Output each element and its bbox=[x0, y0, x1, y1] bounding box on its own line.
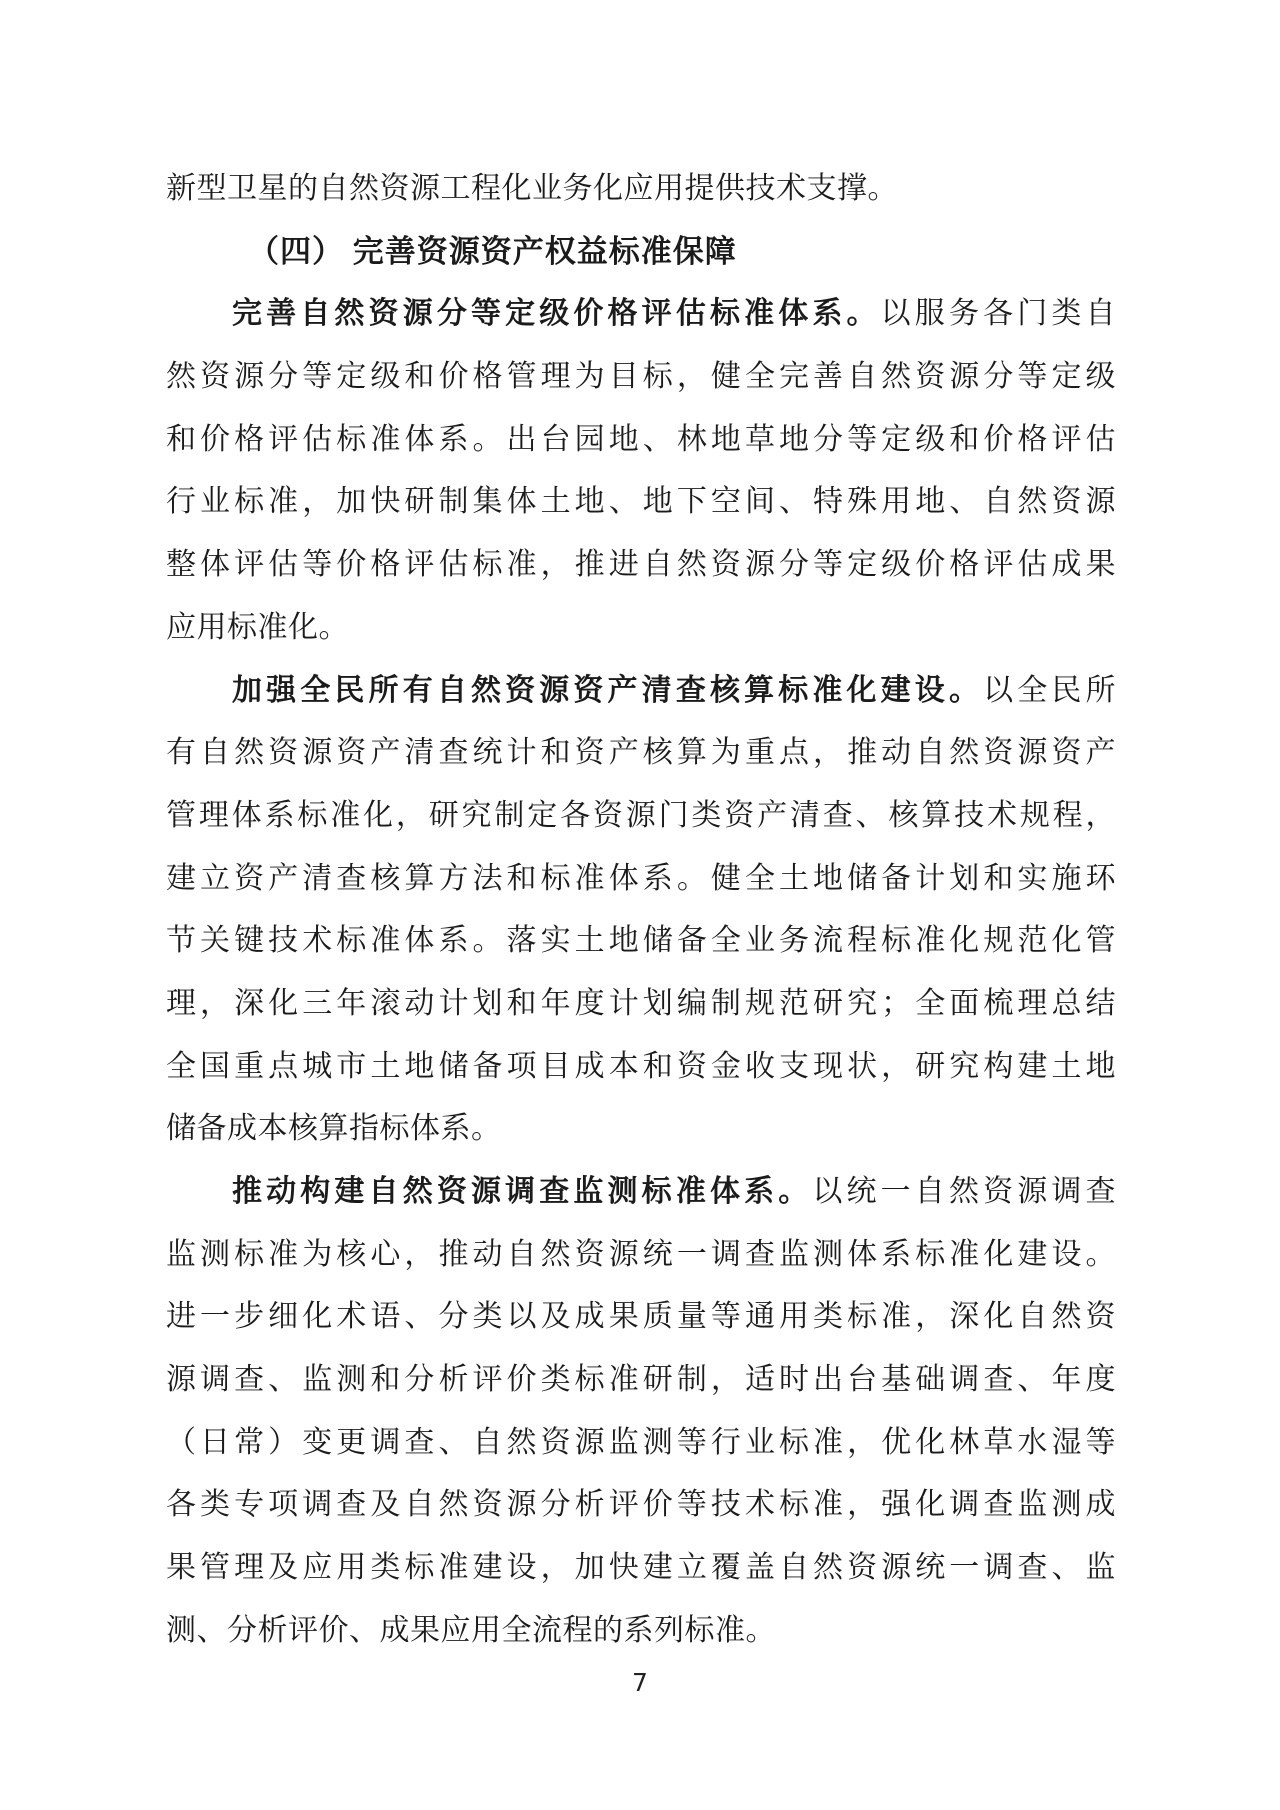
text-line: 理，深化三年滚动计划和年度计划编制规范研究；全面梳理总结 bbox=[166, 973, 1116, 1036]
text-line: 应用标准化。 bbox=[166, 597, 1116, 660]
document-page: 新型卫星的自然资源工程化业务化应用提供技术支撑。（四） 完善资源资产权益标准保障… bbox=[0, 0, 1280, 1810]
text-line: 各类专项调查及自然资源分析评价等技术标准，强化调查监测成 bbox=[166, 1474, 1116, 1537]
bold-lead-sentence: 加强全民所有自然资源资产清查核算标准化建设。 bbox=[232, 674, 983, 707]
text-line: 整体评估等价格评估标准，推进自然资源分等定级价格评估成果 bbox=[166, 534, 1116, 597]
text-line: 行业标准，加快研制集体土地、地下空间、特殊用地、自然资源 bbox=[166, 471, 1116, 534]
bold-lead-sentence: 推动构建自然资源调查监测标准体系。 bbox=[232, 1175, 812, 1208]
text-line: 源调查、监测和分析评价类标准研制，适时出台基础调查、年度 bbox=[166, 1349, 1116, 1412]
text-line: 有自然资源资产清查统计和资产核算为重点，推动自然资源资产 bbox=[166, 722, 1116, 785]
text-line: 测、分析评价、成果应用全流程的系列标准。 bbox=[166, 1600, 1116, 1663]
text-line: 管理体系标准化，研究制定各资源门类资产清查、核算技术规程， bbox=[166, 785, 1116, 848]
text-line: 新型卫星的自然资源工程化业务化应用提供技术支撑。 bbox=[166, 158, 1116, 221]
text-line: 完善自然资源分等定级价格评估标准体系。以服务各门类自 bbox=[166, 283, 1116, 346]
text-line: （日常）变更调查、自然资源监测等行业标准，优化林草水湿等 bbox=[166, 1412, 1116, 1475]
text-line: 和价格评估标准体系。出台园地、林地草地分等定级和价格评估 bbox=[166, 409, 1116, 472]
text-line: 进一步细化术语、分类以及成果质量等通用类标准，深化自然资 bbox=[166, 1286, 1116, 1349]
text-line: 建立资产清查核算方法和标准体系。健全土地储备计划和实施环 bbox=[166, 848, 1116, 911]
document-body: 新型卫星的自然资源工程化业务化应用提供技术支撑。（四） 完善资源资产权益标准保障… bbox=[166, 158, 1116, 1663]
page-number: 7 bbox=[0, 1668, 1280, 1697]
bold-lead-sentence: 完善自然资源分等定级价格评估标准体系。 bbox=[232, 297, 881, 330]
text-line: 推动构建自然资源调查监测标准体系。以统一自然资源调查 bbox=[166, 1161, 1116, 1224]
text-line: 节关键技术标准体系。落实土地储备全业务流程标准化规范化管 bbox=[166, 910, 1116, 973]
text-line: 然资源分等定级和价格管理为目标，健全完善自然资源分等定级 bbox=[166, 346, 1116, 409]
text-line: 监测标准为核心，推动自然资源统一调查监测体系标准化建设。 bbox=[166, 1224, 1116, 1287]
text-line: 加强全民所有自然资源资产清查核算标准化建设。以全民所 bbox=[166, 660, 1116, 723]
text-line: 全国重点城市土地储备项目成本和资金收支现状，研究构建土地 bbox=[166, 1036, 1116, 1099]
text-line: 果管理及应用类标准建设，加快建立覆盖自然资源统一调查、监 bbox=[166, 1537, 1116, 1600]
section-heading: （四） 完善资源资产权益标准保障 bbox=[166, 221, 1116, 284]
text-line: 储备成本核算指标体系。 bbox=[166, 1098, 1116, 1161]
